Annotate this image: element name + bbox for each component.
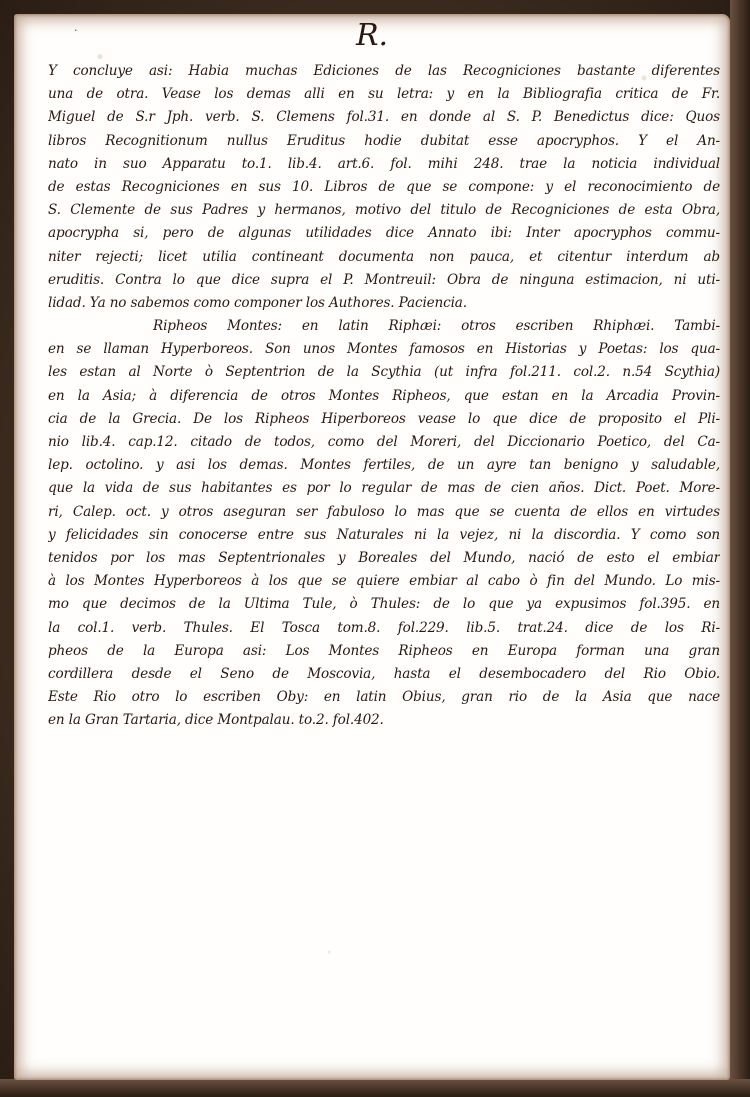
binding-edge-right [730, 0, 750, 1097]
manuscript-page: · R. Y concluye asi: Habia muchas Edicio… [14, 14, 730, 1080]
text-line: Este Rio otro lo escriben Oby: en latin … [48, 686, 720, 709]
text-line: S. Clemente de sus Padres y hermanos, mo… [48, 199, 720, 222]
text-line: tenidos por los mas Septentrionales y Bo… [48, 547, 720, 570]
binding-edge-bottom [0, 1079, 750, 1097]
text-line: nato in suo Apparatu to.1. lib.4. art.6.… [48, 153, 720, 176]
text-line: ri, Calep. oct. y otros aseguran ser fab… [48, 501, 720, 524]
text-line: libros Recognitionum nullus Eruditus hod… [48, 130, 720, 153]
text-line: y felicidades sin conocerse entre sus Na… [48, 524, 720, 547]
text-line: en se llaman Hyperboreos. Son unos Monte… [48, 338, 720, 361]
text-line: en la Asia; à diferencia de otros Montes… [48, 385, 720, 408]
text-line: una de otra. Vease los demas alli en su … [48, 83, 720, 106]
text-line: mo que decimos de la Ultima Tule, ò Thul… [48, 593, 720, 616]
text-line: la col.1. verb. Thules. El Tosca tom.8. … [48, 617, 720, 640]
text-line: nio lib.4. cap.12. citado de todos, como… [48, 431, 720, 454]
text-line: cordillera desde el Seno de Moscovia, ha… [48, 663, 720, 686]
text-line: Y concluye asi: Habia muchas Ediciones d… [48, 60, 720, 83]
paragraph-ripheos-montes: Ripheos Montes: en latin Riphæi: otros e… [48, 315, 720, 732]
text-line: lep. octolino. y asi los demas. Montes f… [48, 454, 720, 477]
text-line: de estas Recogniciones en sus 10. Libros… [48, 176, 720, 199]
text-line: pheos de la Europa asi: Los Montes Riphe… [48, 640, 720, 663]
text-line: cia de la Grecia. De los Ripheos Hiperbo… [48, 408, 720, 431]
text-line: Miguel de S.r Jph. verb. S. Clemens fol.… [48, 106, 720, 129]
text-line: niter rejecti; licet utilia contineant d… [48, 246, 720, 269]
text-line: à los Montes Hyperboreos à los que se qu… [48, 570, 720, 593]
entry-headword-line: Ripheos Montes: en latin Riphæi: otros e… [48, 315, 720, 338]
text-line: lidad. Ya no sabemos como componer los A… [48, 292, 720, 315]
text-line: eruditis. Contra lo que dice supra el P.… [48, 269, 720, 292]
page-heading-letter: R. [14, 18, 730, 53]
manuscript-text: Y concluye asi: Habia muchas Ediciones d… [48, 60, 720, 732]
text-line: apocrypha si, pero de algunas utilidades… [48, 222, 720, 245]
text-line: que la vida de sus habitantes es por lo … [48, 477, 720, 500]
text-line: en la Gran Tartaria, dice Montpalau. to.… [48, 709, 720, 732]
paragraph-recognitiones: Y concluye asi: Habia muchas Ediciones d… [48, 60, 720, 315]
text-line: les estan al Norte ò Septentrion de la S… [48, 361, 720, 384]
